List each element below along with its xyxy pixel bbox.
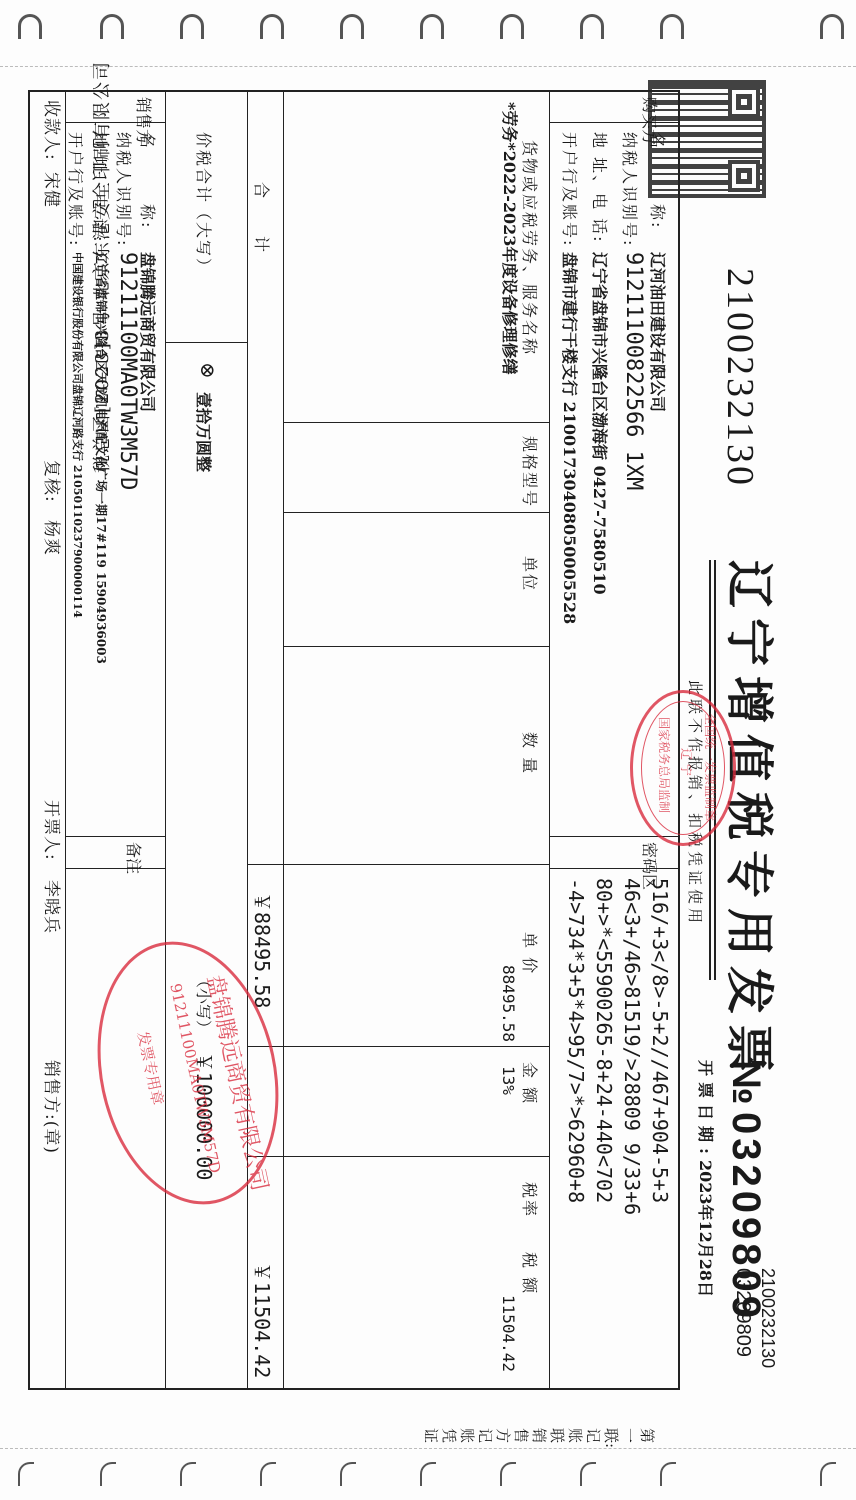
cancel-x-icon: ⊗ (196, 362, 220, 379)
payee-name: 宋健 (41, 172, 66, 208)
rule (283, 92, 284, 1388)
reviewer-label: 复核: (41, 460, 66, 503)
totals-label: 合 计 (251, 182, 274, 254)
seal-text-bottom: 发票专用章 (133, 1029, 169, 1107)
seller-stamp-label: 销售方:(章) (41, 1060, 66, 1154)
tax-supervision-seal: 全国统一发票监制章 辽 宁 国家税务总局监制 (630, 690, 736, 846)
rule (66, 868, 166, 869)
header-tax: 税 额 (519, 1252, 542, 1295)
issuer-name: 李晓兵 (41, 880, 66, 934)
buyer-bank-label: 开户行及账号: (559, 132, 582, 247)
printer-notice: 税总函[2023]3号 北京东港安全印刷有限公司 (88, 60, 114, 473)
buyer-bank: 盘锦市建行干楼支行 21001730408050005528 (559, 252, 582, 624)
item-name: *劳务*2022-2023年度设备修理修缮 (498, 102, 520, 412)
invoice-code: 2100232130 (718, 268, 762, 488)
header-spec: 规格型号 (519, 436, 542, 508)
invoice-number-small: 03209809 (731, 1268, 754, 1357)
payee-label: 收款人: (41, 100, 66, 161)
totals-amount: ￥88495.58 (249, 892, 278, 1008)
issue-date: 2023年12月28日 (695, 1160, 718, 1297)
item-tax-rate: 13% (499, 1066, 518, 1095)
seller-name-label: 名 称: (137, 132, 160, 229)
seller-bank: 中国建设银行股份有限公司盘锦辽河路支行 21050110237900000114 (70, 252, 86, 618)
buyer-tax-id-label: 纳税人识别号: (619, 132, 642, 247)
header-item-name: 货物或应税劳务、服务名称 (519, 140, 542, 356)
cipher-line: 80+>*<55900265-8+24-440<702 (592, 878, 616, 1203)
item-tax: 11504.42 (499, 1272, 518, 1372)
header-amount: 金 额 (519, 1062, 542, 1105)
vat-invoice: 2100232130 辽宁增值税专用发票 此联不作报销、扣税凭证使用 № 032… (0, 0, 856, 1500)
copy-label: 第一联:记账联 销售方记账凭证 (422, 1428, 656, 1450)
rule (248, 1046, 550, 1047)
seller-tax-id: 91211100MA0TW3M57D (115, 252, 140, 490)
reviewer-name: 杨爽 (41, 520, 66, 556)
cipher-line: 46<3+/46>81519/>28809 9/33+6 (620, 878, 644, 1215)
remarks-label: 备注 (118, 842, 148, 862)
item-amount: 88495.58 (499, 962, 518, 1042)
seller-side-label: 销售方 (128, 97, 158, 117)
header-quantity: 数 量 (519, 732, 542, 775)
invoice-title: 辽宁增值税专用发票 (719, 560, 788, 1082)
rule (247, 92, 248, 1388)
rule (248, 864, 550, 865)
buyer-side-label: 购买方 (634, 97, 664, 117)
rule (284, 512, 550, 513)
header-unit: 单位 (519, 556, 542, 592)
buyer-address: 辽宁省盘锦市兴隆台区渤海街 0427-7580510 (589, 252, 612, 595)
buyer-name-label: 名 称: (647, 132, 670, 229)
totals-tax: ￥11504.42 (249, 1262, 278, 1378)
rule (284, 422, 550, 423)
issue-date-label: 开票日期: (695, 1060, 718, 1160)
rule (65, 92, 66, 1388)
rule (166, 342, 248, 343)
seller-bank-label: 开户行及账号: (65, 132, 88, 247)
seal-text-bottom: 国家税务总局监制 (656, 717, 673, 813)
invoice-code-small: 2100232130 (757, 1268, 778, 1368)
cipher-line: -4>734*3+5*4>95/7>*>62960+8 (564, 878, 588, 1203)
rule (549, 92, 550, 1388)
rule (284, 646, 550, 647)
seal-text-middle: 辽 宁 (678, 748, 695, 776)
cipher-line: 516/+3</8>-5+2//467+904-5+3 (648, 878, 672, 1203)
cipher-side-label: 密码区 (634, 842, 664, 862)
grand-total-uppercase: 壹拾万圆整 (193, 392, 216, 472)
header-tax-rate: 税率 (519, 1182, 542, 1218)
buyer-name: 辽河油田建设有限公司 (647, 252, 670, 412)
rule (248, 1156, 550, 1157)
invoice-table: 购买方 名 称: 辽河油田建设有限公司 纳税人识别号: 912111008225… (28, 90, 680, 1390)
issuer-label: 开票人: (41, 800, 66, 861)
seller-tax-id-label: 纳税人识别号: (113, 132, 136, 247)
number-sign: № (723, 1060, 768, 1105)
grand-total-label: 价税合计（大写） (193, 132, 216, 276)
seller-name: 盘锦腾远商贸有限公司 (137, 252, 160, 412)
rule (66, 836, 166, 837)
buyer-address-label: 地 址、电 话: (589, 132, 612, 244)
buyer-tax-id: 91211100822566 1XM (621, 252, 646, 490)
seal-text-top: 全国统一发票监制章 (702, 713, 719, 821)
header-unit-price: 单 价 (519, 932, 542, 975)
